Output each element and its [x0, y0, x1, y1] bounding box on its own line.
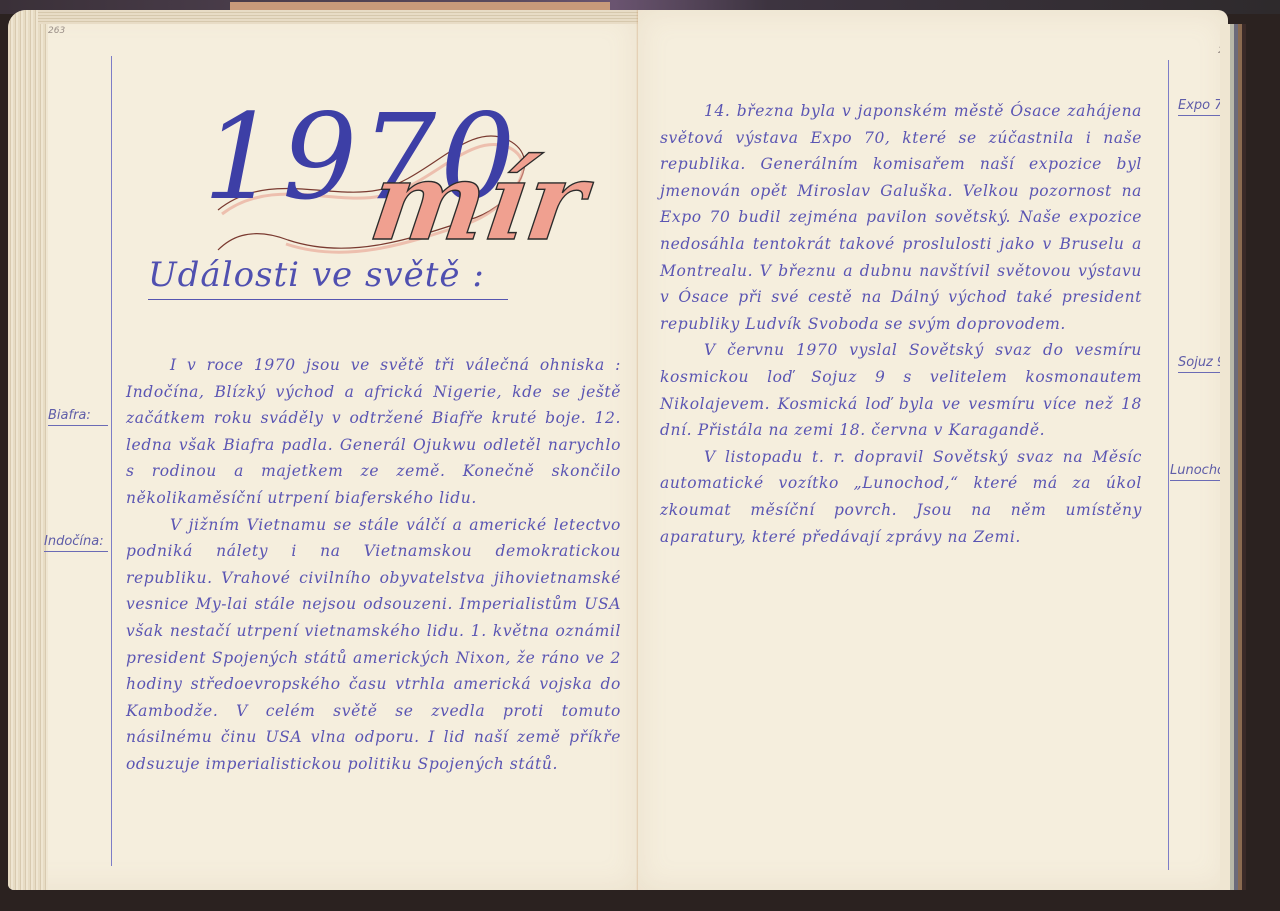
paragraph-biafra: I v roce 1970 jsou ve světě tři válečná … [126, 352, 621, 512]
page-number-left: 263 [48, 26, 65, 36]
margin-rule-left [111, 56, 112, 866]
right-page-body: 14. března byla v japonském městě Ósace … [660, 98, 1142, 550]
left-page: 263 1970 mír Události ve světě : Biafra:… [8, 10, 638, 890]
margin-rule-right [1168, 60, 1169, 870]
paragraph-indocina: V jižním Vietnamu se stále válčí a ameri… [126, 512, 621, 778]
side-note-indocina: Indočína: [44, 534, 108, 552]
left-page-body: I v roce 1970 jsou ve světě tři válečná … [126, 352, 621, 778]
paragraph-sojuz9: V červnu 1970 vyslal Sovětský svaz do ve… [660, 337, 1142, 443]
page-edges-left [8, 10, 48, 890]
side-note-biafra: Biafra: [48, 408, 108, 426]
paragraph-lunochod: V listopadu t. r. dopravil Sovětský svaz… [660, 444, 1142, 550]
page-edges-right [1220, 24, 1246, 890]
open-notebook: 263 1970 mír Události ve světě : Biafra:… [8, 10, 1252, 890]
mir-decorative-title: mír [364, 148, 591, 256]
right-page: 264 Expo 70. Sojuz 9. Lunochod. 14. břez… [638, 10, 1228, 890]
paragraph-expo70: 14. března byla v japonském městě Ósace … [660, 98, 1142, 337]
section-heading: Události ve světě : [148, 255, 508, 300]
